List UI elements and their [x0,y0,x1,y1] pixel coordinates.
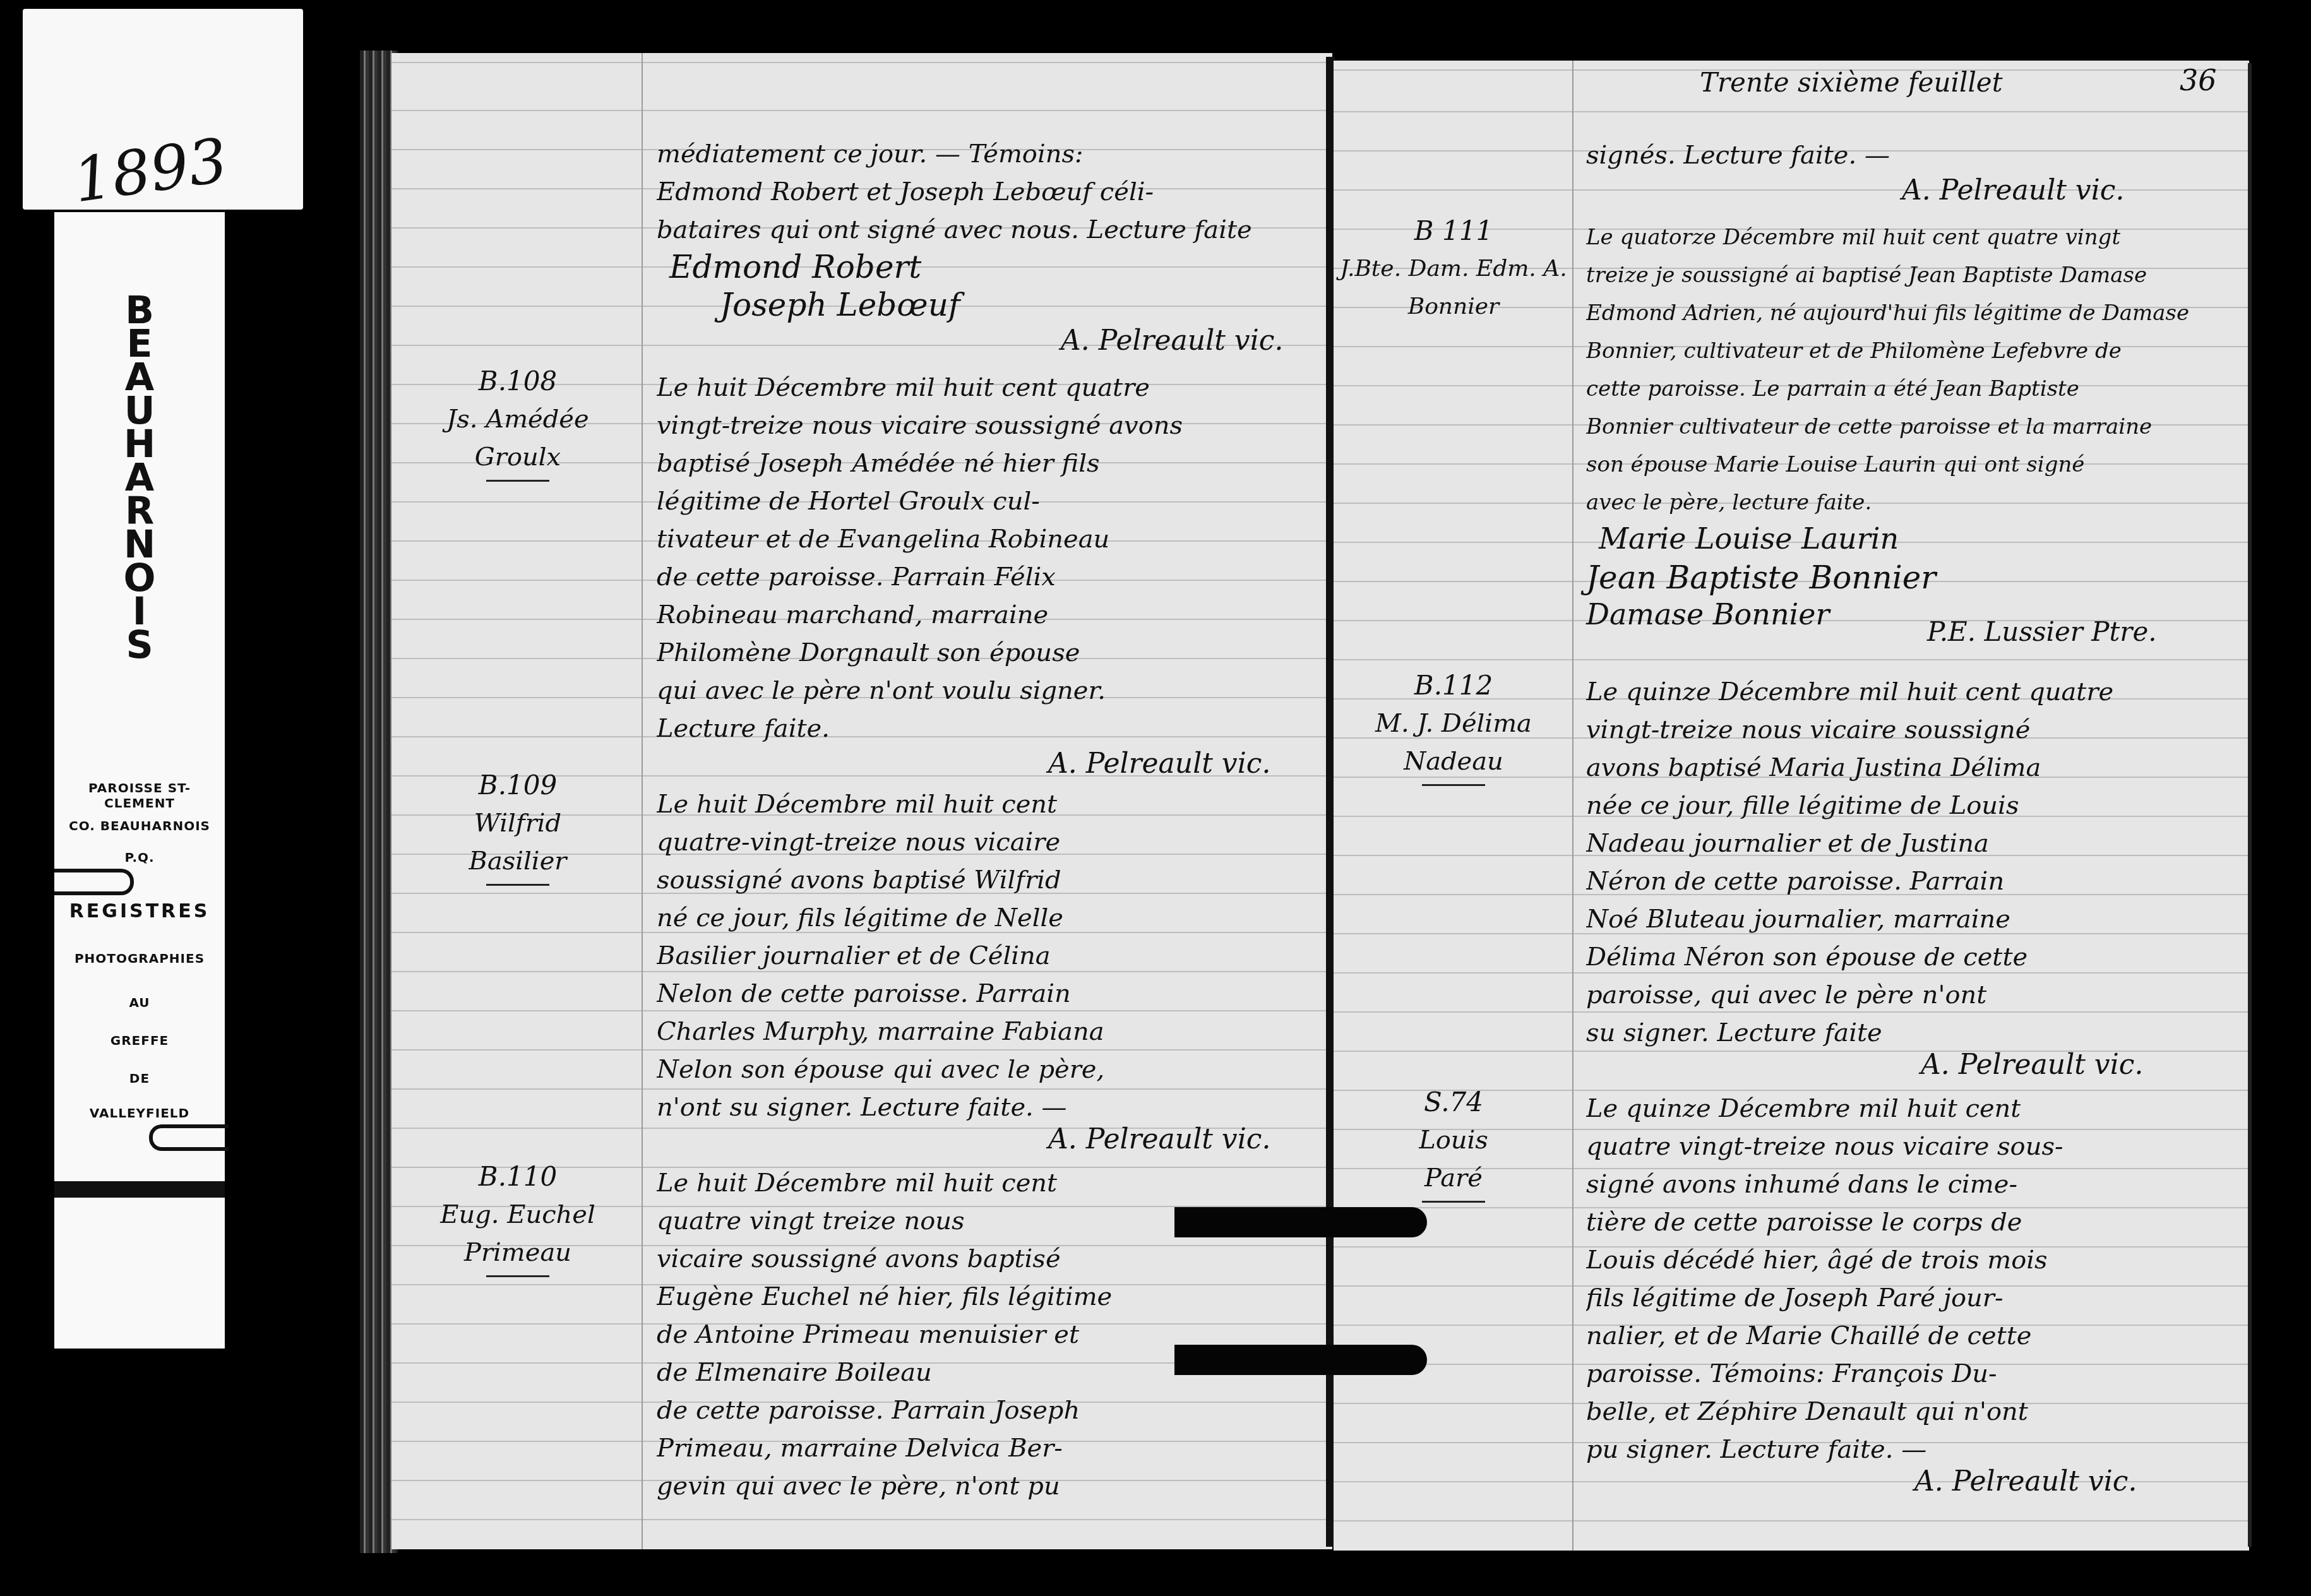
entry-text-line: paroisse. Témoins: François Du- [1586,1355,1997,1393]
entry-text-line: Louis décédé hier, âgé de trois mois [1586,1241,2048,1279]
entry-text-line: Noé Bluteau journalier, marraine [1586,900,2010,938]
entry-name: Wilfrid [404,804,631,842]
priest-signature: A. Pelreault vic. [1921,1049,2143,1081]
entry-text-line: Le huit Décembre mil huit cent quatre [657,369,1150,407]
godfather-signature: Jean Baptiste Bonnier [1586,559,1936,596]
priest-signature: P.E. Lussier Ptre. [1927,616,2157,647]
entry-rule [486,1275,549,1277]
entry-text-line: Charles Murphy, marraine Fabiana [657,1013,1104,1051]
entry-name: Js. Amédée [404,400,631,438]
province-label: P.Q. [54,850,225,865]
entry-text-line: Le quinze Décembre mil huit cent quatre [1586,673,2113,711]
entry-rule [1422,1201,1485,1203]
title-letter: S [126,629,153,662]
entry-label: B.112 M. J. Délima Nadeau [1340,667,1567,786]
entry-text-line: tière de cette paroisse le corps de [1586,1203,2022,1241]
entry-text-line: Le huit Décembre mil huit cent [657,785,1057,823]
year-label: 1893 [69,125,232,217]
page-number: 36 [2180,63,2217,97]
entry-surname: Bonnier [1340,288,1567,326]
priest-signature: A. Pelreault vic. [1902,174,2124,206]
priest-signature: A. Pelreault vic. [1914,1465,2137,1498]
entry-text-line: Néron de cette paroisse. Parrain [1586,862,2004,900]
entry-number: B.109 [404,766,631,804]
year-label-card: 1893 [23,9,303,210]
binding-band [54,1181,225,1198]
entry-surname: Nadeau [1340,742,1567,780]
entry-text-line: tivateur et de Evangelina Robineau [657,520,1109,558]
entry-text-line: quatre vingt-treize nous vicaire sous- [1586,1128,2063,1165]
entry-text-line: de cette paroisse. Parrain Félix [657,558,1056,596]
priest-signature: A. Pelreault vic. [1061,325,1283,357]
entry-text-line: gevin qui avec le père, n'ont pu [657,1467,1060,1505]
entry-label: B.109 Wilfrid Basilier [404,766,631,886]
entry-text-line: de Antoine Primeau menuisier et [657,1316,1079,1354]
of-label: DE [54,1071,225,1086]
entry-number: B.110 [404,1158,631,1196]
entry-text-line: fils légitime de Joseph Paré jour- [1586,1279,2003,1317]
entry-surname: Primeau [404,1234,631,1271]
binding-clip [1174,1345,1427,1375]
entry-text-line: Le quatorze Décembre mil huit cent quatr… [1586,218,2120,256]
entry-number: B.112 [1340,667,1567,705]
entry-name: J.Bte. Dam. Edm. A. [1340,250,1567,288]
entry-text-line: qui avec le père n'ont voulu signer. [657,672,1106,710]
folio-header: Trente sixième feuillet [1700,67,2003,98]
entry-surname: Paré [1340,1159,1567,1197]
parish-label: PAROISSE ST-CLEMENT [54,780,225,811]
entry-text-line: Bonnier cultivateur de cette paroisse et… [1586,408,2152,446]
entry-text-line: signé avons inhumé dans le cime- [1586,1165,2017,1203]
entry-surname: Groulx [404,438,631,476]
priest-signature: A. Pelreault vic. [1048,1123,1270,1155]
entry-text-line: Nelon son épouse qui avec le père, [657,1051,1104,1088]
entry-label: B 111 J.Bte. Dam. Edm. A. Bonnier [1340,212,1567,326]
entry-text-line: avec le père, lecture faite. [1586,484,1872,521]
witness-signature: Edmond Robert [669,249,921,285]
entry-text-line: Le quinze Décembre mil huit cent [1586,1090,2021,1128]
left-page: médiatement ce jour. — Témoins: Edmond R… [391,53,1332,1549]
city-label: VALLEYFIELD [54,1105,225,1121]
entry-text-line: avons baptisé Maria Justina Délima [1586,749,2041,787]
entry-text-line: Lecture faite. [657,710,830,747]
entry-surname: Basilier [404,842,631,880]
entry-number: B.108 [404,362,631,400]
entry-text-line: paroisse, qui avec le père n'ont [1586,976,1986,1014]
entry-text-line: son épouse Marie Louise Laurin qui ont s… [1586,446,2084,484]
entry-text-line: de Elmenaire Boileau [657,1354,932,1391]
entry-rule [486,884,549,886]
county-label: CO. BEAUHARNOIS [54,818,225,833]
entry-text-line: vicaire soussigné avons baptisé [657,1240,1061,1278]
entry-text-line: vingt-treize nous vicaire soussigné [1586,711,2031,749]
entry-text-line: nalier, et de Marie Chaillé de cette [1586,1317,2031,1355]
entry-text-line: su signer. Lecture faite [1586,1014,1882,1052]
entry-text-line: Délima Néron son épouse de cette [1586,938,2027,976]
entry-name: M. J. Délima [1340,705,1567,742]
continuation-line: signés. Lecture faite. — [1586,136,1890,174]
entry-text-line: vingt-treize nous vicaire soussigné avon… [657,407,1183,444]
entry-text-line: cette paroisse. Le parrain a été Jean Ba… [1586,370,2079,408]
entry-text-line: n'ont su signer. Lecture faite. — [657,1088,1067,1126]
photographed-label: PHOTOGRAPHIES [54,951,225,966]
priest-signature: A. Pelreault vic. [1048,747,1270,780]
paper-clip-icon [149,1124,229,1151]
entry-rule [486,480,549,482]
entry-text-line: Philomène Dorgnault son épouse [657,634,1080,672]
paper-clip-icon [54,869,134,895]
entry-number: B 111 [1340,212,1567,250]
margin-rule [642,53,643,1549]
entry-text-line: Primeau, marraine Delvica Ber- [657,1429,1063,1467]
vertical-title: B E A U H A R N O I S [54,294,225,662]
entry-text-line: Bonnier, cultivateur et de Philomène Lef… [1586,332,2122,370]
registry-label: REGISTRES [54,900,225,922]
entry-text-line: quatre-vingt-treize nous vicaire [657,823,1060,861]
archive-label-strip: B E A U H A R N O I S PAROISSE ST-CLEMEN… [54,212,225,1349]
continuation-line: Edmond Robert et Joseph Lebœuf céli- [657,173,1154,211]
continuation-line: bataires qui ont signé avec nous. Lectur… [657,211,1252,249]
entry-label: B.110 Eug. Euchel Primeau [404,1158,631,1277]
entry-text-line: Robineau marchand, marraine [657,596,1048,634]
entry-name: Louis [1340,1121,1567,1159]
entry-text-line: Basilier journalier et de Célina [657,937,1051,975]
entry-text-line: né ce jour, fils légitime de Nelle [657,899,1063,937]
margin-rule [1572,61,1574,1551]
office-label: GREFFE [54,1033,225,1048]
entry-text-line: belle, et Zéphire Denault qui n'ont [1586,1393,2028,1431]
entry-text-line: légitime de Hortel Groulx cul- [657,482,1040,520]
right-page: Trente sixième feuillet 36 signés. Lectu… [1334,61,2249,1551]
entry-text-line: Nelon de cette paroisse. Parrain [657,975,1071,1013]
entry-rule [1422,784,1485,786]
entry-text-line: pu signer. Lecture faite. — [1586,1431,1926,1468]
entry-text-line: Le huit Décembre mil huit cent [657,1164,1057,1202]
witness-signature: Joseph Lebœuf [720,287,960,323]
godmother-signature: Marie Louise Laurin [1599,521,1899,556]
entry-text-line: Eugène Euchel né hier, fils légitime [657,1278,1112,1316]
binding-clip [1174,1207,1427,1237]
entry-name: Eug. Euchel [404,1196,631,1234]
father-signature: Damase Bonnier [1586,597,1829,631]
continuation-line: médiatement ce jour. — Témoins: [657,135,1083,173]
entry-text-line: née ce jour, fille légitime de Louis [1586,787,2019,825]
entry-text-line: quatre vingt treize nous [657,1202,965,1240]
entry-text-line: Edmond Adrien, né aujourd'hui fils légit… [1586,294,2189,332]
entry-number: S.74 [1340,1083,1567,1121]
entry-text-line: Nadeau journalier et de Justina [1586,825,1989,862]
entry-label: S.74 Louis Paré [1340,1083,1567,1203]
entry-text-line: treize je soussigné ai baptisé Jean Bapt… [1586,256,2147,294]
entry-label: B.108 Js. Amédée Groulx [404,362,631,482]
entry-text-line: soussigné avons baptisé Wilfrid [657,861,1061,899]
page-edge [2248,63,2252,1547]
at-label: AU [54,995,225,1010]
entry-text-line: baptisé Joseph Amédée né hier fils [657,444,1100,482]
entry-text-line: de cette paroisse. Parrain Joseph [657,1391,1080,1429]
